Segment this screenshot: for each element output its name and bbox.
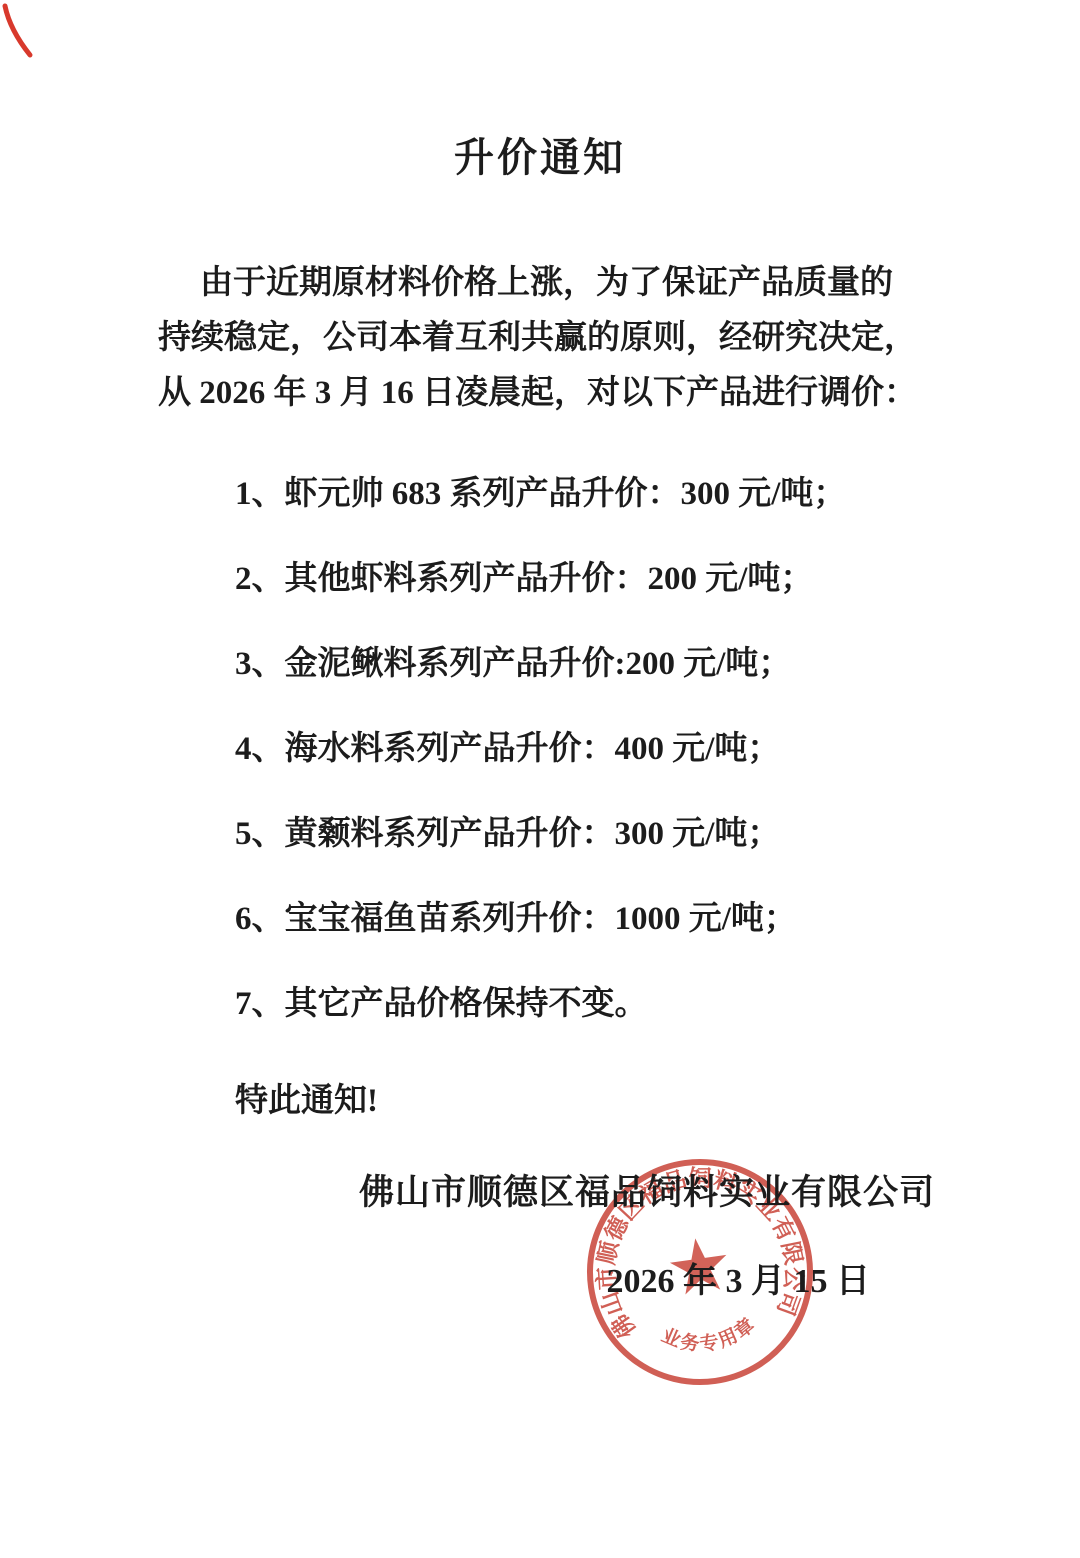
list-item: 3、金泥鳅料系列产品升价:200 元/吨； (235, 643, 1080, 685)
document-title: 升价通知 (0, 132, 1080, 184)
closing-line: 特此通知! (235, 1080, 1080, 1122)
intro-line-3: 从 2026 年 3 月 16 日凌晨起，对以下产品进行调价： (158, 366, 960, 421)
list-item: 5、黄颡料系列产品升价：300 元/吨； (235, 813, 1080, 855)
list-item: 2、其他虾料系列产品升价：200 元/吨； (235, 558, 1080, 600)
intro-paragraph: 由于近期原材料价格上涨，为了保证产品质量的 持续稳定，公司本着互利共赢的原则，经… (158, 256, 960, 421)
seal-bottom-text-holder: 业务专用章 (655, 1310, 762, 1361)
notice-date: 2026 年 3 月 15 日 (0, 1260, 1080, 1304)
intro-line-2: 持续稳定，公司本着互利共赢的原则，经研究决定， (158, 311, 960, 366)
notice-document: 升价通知 由于近期原材料价格上涨，为了保证产品质量的 持续稳定，公司本着互利共赢… (0, 0, 1080, 1558)
company-name: 佛山市顺德区福品饲料实业有限公司 (0, 1170, 1080, 1216)
list-item: 4、海水料系列产品升价：400 元/吨； (235, 728, 1080, 770)
list-item: 7、其它产品价格保持不变。 (235, 983, 1080, 1025)
red-pen-mark (0, 0, 44, 64)
list-item: 6、宝宝福鱼苗系列升价：1000 元/吨； (235, 898, 1080, 940)
signature-block: 佛山市顺德区福品饲料实业有限公司 业务专用章 佛山市顺德区福品饲料实业有限公司 … (0, 1170, 1080, 1304)
list-item: 1、虾元帅 683 系列产品升价：300 元/吨； (235, 473, 1080, 515)
seal-bottom-text: 业务专用章 (655, 1310, 762, 1361)
price-item-list: 1、虾元帅 683 系列产品升价：300 元/吨； 2、其他虾料系列产品升价：2… (0, 473, 1080, 1025)
intro-line-1: 由于近期原材料价格上涨，为了保证产品质量的 (158, 256, 960, 311)
